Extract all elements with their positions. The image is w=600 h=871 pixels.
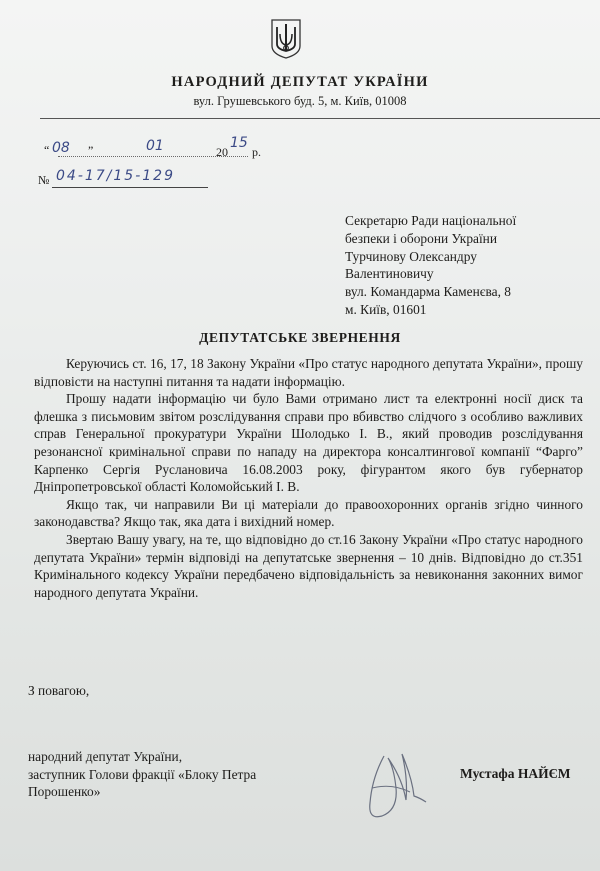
signer-position: народний депутат України, заступник Голо… [28, 748, 288, 801]
letterhead-title: НАРОДНИЙ ДЕПУТАТ УКРАЇНИ [0, 74, 600, 91]
position-line: Порошенко» [28, 783, 288, 801]
date-suffix: р. [252, 145, 261, 160]
handwritten-signature-icon [362, 748, 432, 823]
number-label: № [38, 173, 49, 188]
date-month: 01 [146, 138, 164, 154]
body-paragraph: Керуючись ст. 16, 17, 18 Закону України … [34, 355, 583, 390]
document-title: ДЕПУТАТСЬКЕ ЗВЕРНЕННЯ [0, 330, 600, 346]
trident-coat-of-arms-icon [270, 18, 302, 60]
addressee-line: Валентиновичу [345, 265, 595, 283]
date-day: 08 [52, 140, 70, 156]
position-line: народний депутат України, [28, 748, 288, 766]
document-page: НАРОДНИЙ ДЕПУТАТ УКРАЇНИ вул. Грушевсько… [0, 0, 600, 871]
letterhead-divider [40, 118, 600, 119]
position-line: заступник Голови фракції «Блоку Петра [28, 766, 288, 784]
signer-name: Мустафа НАЙЄМ [460, 766, 571, 782]
addressee-line: безпеки і оборони України [345, 230, 595, 248]
body-paragraph: Прошу надати інформацію чи було Вами отр… [34, 390, 583, 496]
body-paragraph: Якщо так, чи направили Ви ці матеріали д… [34, 496, 583, 531]
addressee-line: Турчинову Олександру [345, 248, 595, 266]
document-body: Керуючись ст. 16, 17, 18 Закону України … [34, 355, 583, 601]
letterhead-address: вул. Грушевського буд. 5, м. Київ, 01008 [0, 94, 600, 109]
addressee-block: Секретарю Ради національної безпеки і об… [345, 212, 595, 319]
addressee-line: м. Київ, 01601 [345, 301, 595, 319]
addressee-line: Секретарю Ради національної [345, 212, 595, 230]
addressee-line: вул. Командарма Каменєва, 8 [345, 283, 595, 301]
date-year: 15 [230, 135, 248, 151]
date-year-prefix: 20 [216, 145, 228, 160]
number-underline [52, 187, 208, 188]
closing-salutation: З повагою, [28, 683, 89, 699]
body-paragraph: Звертаю Вашу увагу, на те, що відповідно… [34, 531, 583, 601]
number-value: 04-17/15-129 [56, 168, 175, 184]
